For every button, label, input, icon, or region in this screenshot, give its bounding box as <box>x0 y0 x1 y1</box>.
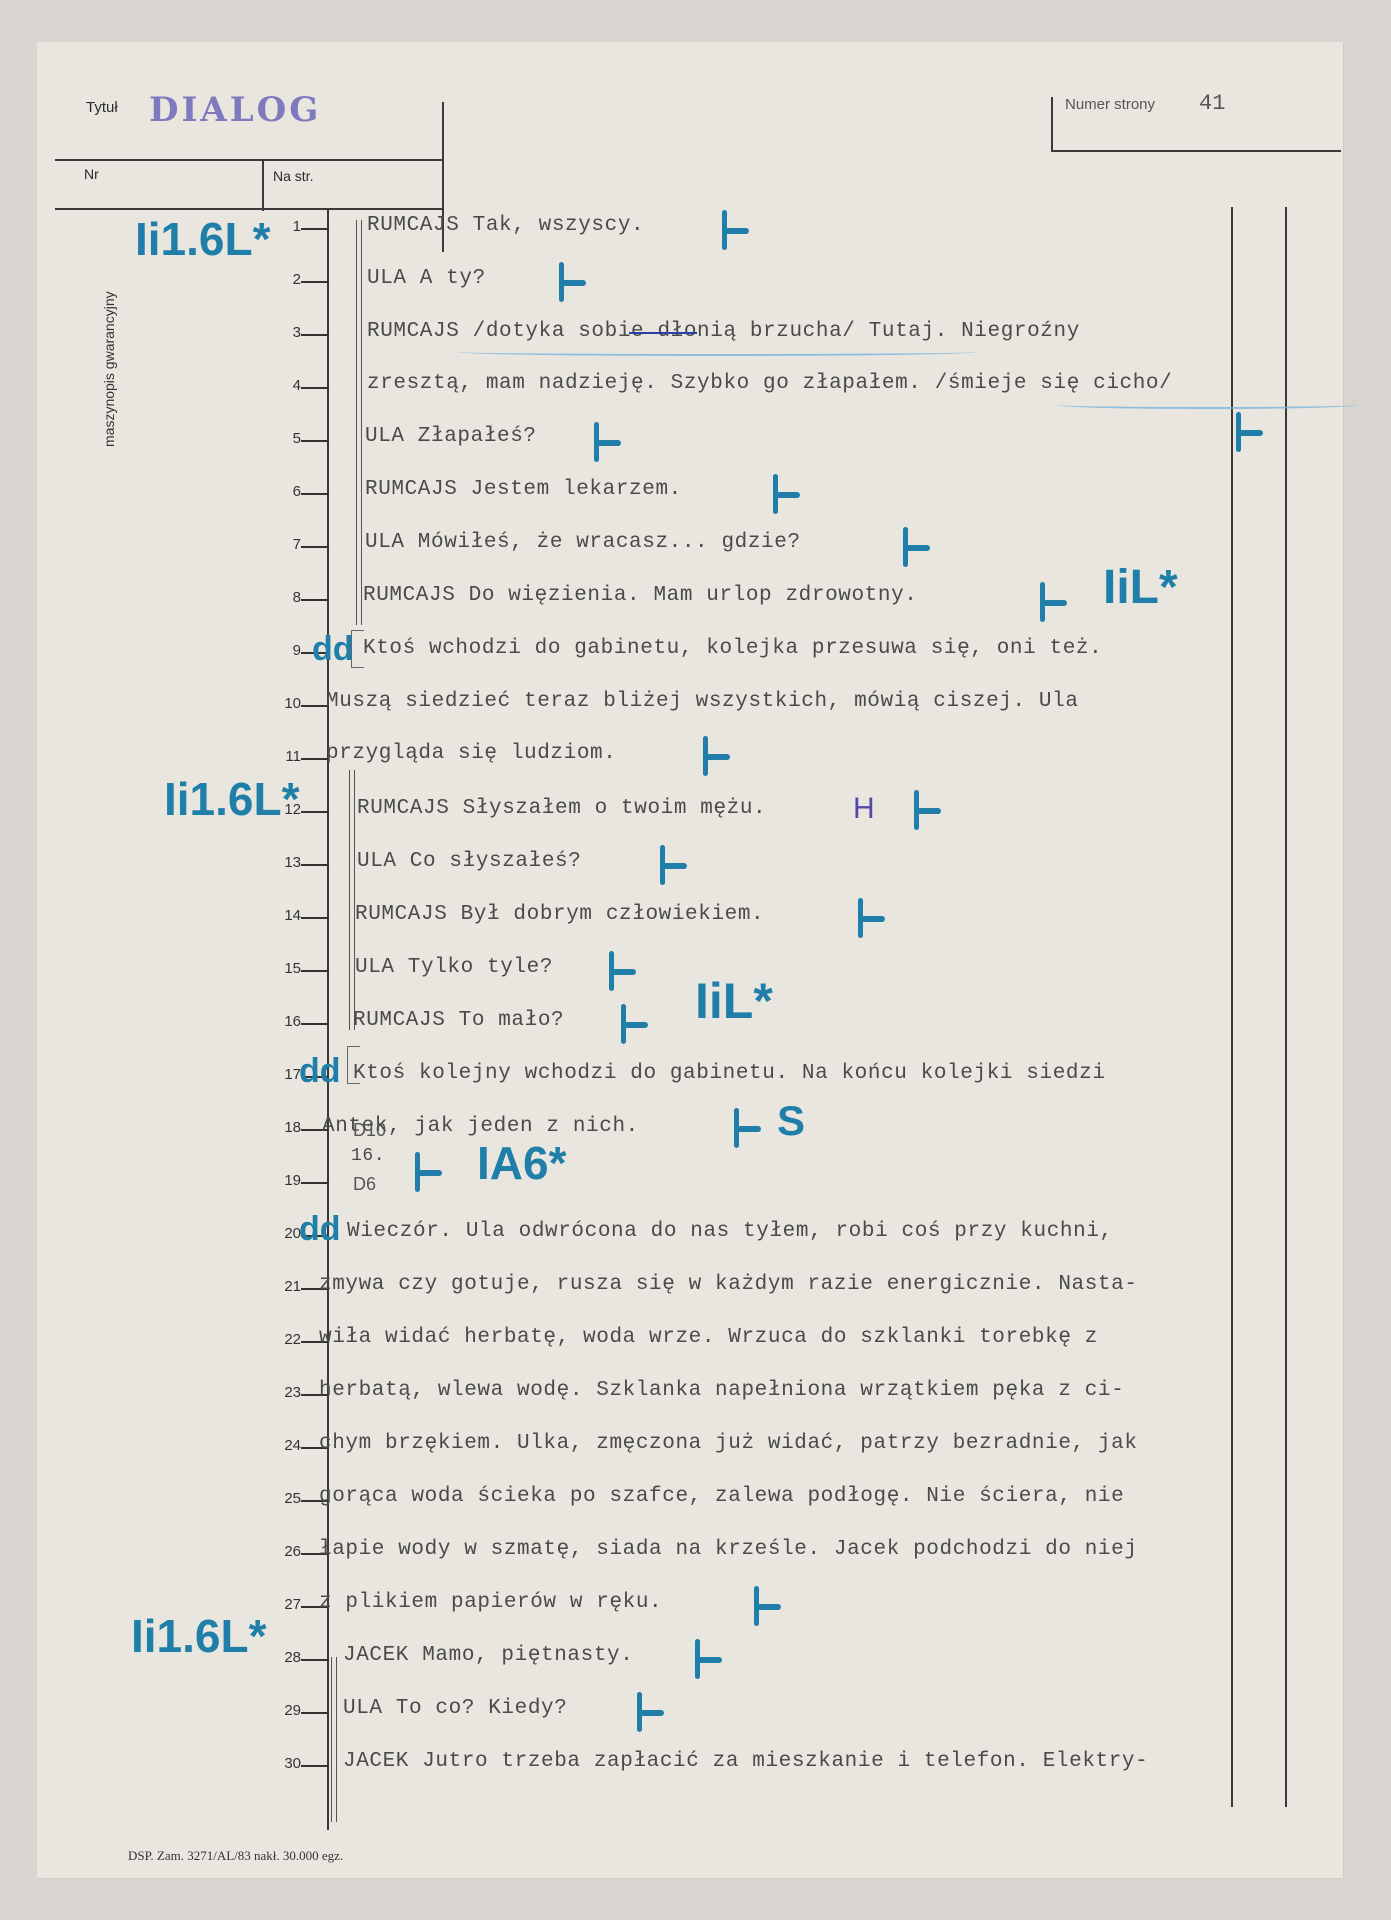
script-line: RUMCAJS Do więzienia. Mam urlop zdrowotn… <box>363 584 918 607</box>
cut-mark-icon <box>1040 582 1070 622</box>
title-stamp: DIALOG <box>149 90 321 130</box>
paragraph-mark-annotation: dd <box>299 1210 341 1249</box>
paragraph-mark-annotation: dd <box>299 1052 341 1091</box>
line-number: 23 <box>261 1384 301 1401</box>
script-line: ULA Złapałeś? <box>365 425 537 448</box>
script-line: łapie wody w szmatę, siada na krześle. J… <box>319 1538 1138 1561</box>
scene-ref-annotation: D6 <box>353 1174 376 1195</box>
line-number: 11 <box>261 748 301 765</box>
script-line: ULA Co słyszałeś? <box>357 850 581 873</box>
cut-mark-icon <box>754 1586 784 1626</box>
cut-mark-icon <box>594 422 624 462</box>
cut-mark-icon <box>914 790 944 830</box>
page-number: 41 <box>1199 91 1225 116</box>
line-number: 9 <box>261 642 301 659</box>
right-margin-line-1 <box>1231 207 1233 1807</box>
line-number: 8 <box>261 589 301 606</box>
wavy-underline <box>1057 401 1357 409</box>
line-number: 30 <box>261 1755 301 1772</box>
page-number-label: Numer strony <box>1065 96 1155 113</box>
header-bottom-rule <box>55 208 443 210</box>
line-number: 26 <box>261 1543 301 1560</box>
script-line: herbatą, wlewa wodę. Szklanka napełniona… <box>319 1379 1124 1402</box>
script-line: przygląda się ludziom. <box>326 742 616 765</box>
h-annotation: H <box>853 792 875 826</box>
script-line: RUMCAJS To mało? <box>353 1009 564 1032</box>
line-number: 25 <box>261 1490 301 1507</box>
line-number: 13 <box>261 854 301 871</box>
script-line: RUMCAJS /dotyka sobie dłonią brzucha/ Tu… <box>367 320 1080 343</box>
script-line: ULA A ty? <box>367 267 486 290</box>
dialog-bracket-1b <box>361 220 362 625</box>
print-footer: DSP. Zam. 3271/AL/83 nakł. 30.000 egz. <box>128 1848 343 1864</box>
cut-mark-icon <box>415 1152 445 1192</box>
line-number: 5 <box>261 430 301 447</box>
script-line: ULA Mówiłeś, że wracasz... gdzie? <box>365 531 801 554</box>
strikethrough-mark <box>629 332 697 334</box>
right-margin-line-2 <box>1285 207 1287 1807</box>
cut-mark-icon <box>858 898 888 938</box>
cut-mark-icon <box>621 1004 651 1044</box>
script-line: RUMCAJS Jestem lekarzem. <box>365 478 682 501</box>
na-str-label: Na str. <box>273 168 313 184</box>
line-number: 18 <box>261 1119 301 1136</box>
line-number: 22 <box>261 1331 301 1348</box>
script-line: JACEK Jutro trzeba zapłacić za mieszkani… <box>343 1750 1148 1773</box>
dialog-bracket-3b <box>336 1657 337 1822</box>
end-shot-annotation: IiL* <box>1103 560 1178 615</box>
line-number: 2 <box>261 271 301 288</box>
line-number: 19 <box>261 1172 301 1189</box>
wavy-underline <box>457 348 977 356</box>
script-line: chym brzękiem. Ulka, zmęczona już widać,… <box>319 1432 1138 1455</box>
header-divider-mid <box>262 159 264 211</box>
line-number: 15 <box>261 960 301 977</box>
dialog-bracket-3a <box>331 1657 332 1822</box>
header-rule <box>55 159 443 161</box>
cut-mark-icon <box>609 951 639 991</box>
cut-mark-icon <box>637 1692 667 1732</box>
script-line: Muszą siedzieć teraz bliżej wszystkich, … <box>326 690 1079 713</box>
script-line: wiła widać herbatę, woda wrze. Wrzuca do… <box>319 1326 1098 1349</box>
line-number: 21 <box>261 1278 301 1295</box>
line-number: 16 <box>261 1013 301 1030</box>
script-line: gorąca woda ścieka po szafce, zalewa pod… <box>319 1485 1124 1508</box>
cut-mark-icon <box>559 262 589 302</box>
line-number: 28 <box>261 1649 301 1666</box>
shot-code-annotation: Ii1.6L* <box>131 1609 267 1663</box>
cut-mark-icon <box>734 1108 764 1148</box>
line-number: 14 <box>261 907 301 924</box>
typescript-page: Tytuł DIALOG Nr Na str. Numer strony 41 … <box>37 42 1343 1878</box>
shot-code-annotation: Ii1.6L* <box>164 772 300 826</box>
line-number: 6 <box>261 483 301 500</box>
cut-mark-icon <box>773 474 803 514</box>
script-line: RUMCAJS Był dobrym człowiekiem. <box>355 903 764 926</box>
line-number: 24 <box>261 1437 301 1454</box>
cut-mark-icon <box>695 1639 725 1679</box>
s-annotation: S <box>777 1097 805 1145</box>
cut-mark-icon <box>1236 412 1266 452</box>
dialog-bracket-2a <box>349 770 350 1030</box>
script-line: zmywa czy gotuje, rusza się w każdym raz… <box>319 1273 1138 1296</box>
scene-number: 16. <box>351 1146 385 1166</box>
cut-mark-icon <box>722 210 752 250</box>
script-line: ULA To co? Kiedy? <box>343 1697 567 1720</box>
cut-mark-icon <box>903 527 933 567</box>
script-line: RUMCAJS Słyszałem o twoim mężu. <box>357 797 766 820</box>
cut-mark-icon <box>660 845 690 885</box>
script-line: Wieczór. Ula odwrócona do nas tyłem, rob… <box>347 1220 1113 1243</box>
script-line: RUMCAJS Tak, wszyscy. <box>367 214 644 237</box>
title-label: Tytuł <box>86 99 118 116</box>
line-number: 27 <box>261 1596 301 1613</box>
end-shot-annotation: IiL* <box>695 972 773 1030</box>
line-number: 3 <box>261 324 301 341</box>
scene-annotation: IA6* <box>477 1136 566 1190</box>
line-number: 29 <box>261 1702 301 1719</box>
script-line: JACEK Mamo, piętnasty. <box>343 1644 633 1667</box>
line-number: 20 <box>261 1225 301 1242</box>
shot-code-annotation: Ii1.6L* <box>135 212 271 266</box>
side-label: maszynopis gwarancyjny <box>101 291 117 447</box>
pageno-box-bottom <box>1051 150 1341 152</box>
script-line: z plikiem papierów w ręku. <box>319 1591 662 1614</box>
left-margin-line <box>327 210 329 1830</box>
script-line: ULA Tylko tyle? <box>355 956 553 979</box>
script-line: zresztą, mam nadzieję. Szybko go złapałe… <box>367 372 1172 395</box>
dialog-bracket-1a <box>356 220 357 625</box>
pageno-box-left <box>1051 97 1053 152</box>
cut-mark-icon <box>703 736 733 776</box>
scene-ref-annotation: D10 <box>353 1120 386 1141</box>
script-line: Ktoś wchodzi do gabinetu, kolejka przesu… <box>363 637 1102 660</box>
nr-label: Nr <box>84 166 99 182</box>
script-line: Ktoś kolejny wchodzi do gabinetu. Na koń… <box>353 1062 1106 1085</box>
line-number: 7 <box>261 536 301 553</box>
dialog-bracket-2b <box>354 770 355 1030</box>
paragraph-mark-annotation: dd <box>312 630 354 669</box>
line-number: 4 <box>261 377 301 394</box>
line-number: 10 <box>261 695 301 712</box>
line-number: 17 <box>261 1066 301 1083</box>
